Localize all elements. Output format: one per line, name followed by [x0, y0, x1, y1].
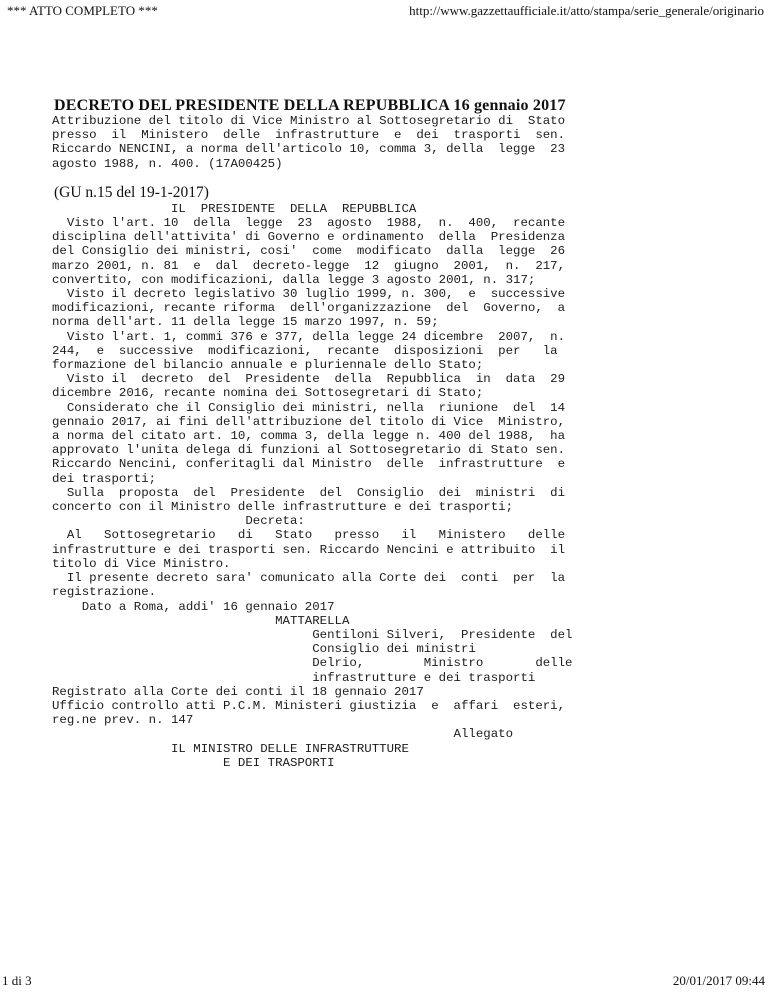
print-footer: 1 di 3 20/01/2017 09:44	[2, 973, 765, 988]
signature-president: MATTARELLA	[52, 614, 592, 628]
decree-preamble: Visto l'art. 10 della legge 23 agosto 19…	[52, 216, 592, 514]
page: { "header": { "left": "*** ATTO COMPLETO…	[0, 0, 768, 994]
decree-document: DECRETO DEL PRESIDENTE DELLA REPUBBLICA …	[52, 0, 592, 770]
gazzetta-reference: (GU n.15 del 19-1-2017)	[54, 184, 592, 202]
registration-note: Registrato alla Corte dei conti il 18 ge…	[52, 685, 592, 728]
signature-transport-minister: Delrio, Ministro delle infrastrutture e …	[52, 656, 592, 684]
decree-body: Al Sottosegretario di Stato presso il Mi…	[52, 528, 592, 613]
decree-title: DECRETO DEL PRESIDENTE DELLA REPUBBLICA …	[54, 97, 592, 114]
signature-prime-minister: Gentiloni Silveri, Presidente del Consig…	[52, 628, 592, 656]
page-number: 1 di 3	[2, 973, 32, 988]
decree-abstract: Attribuzione del titolo di Vice Ministro…	[52, 114, 592, 171]
decreta-heading: Decreta:	[52, 514, 592, 528]
minister-heading: IL MINISTRO DELLE INFRASTRUTTURE E DEI T…	[52, 742, 592, 770]
president-heading: IL PRESIDENTE DELLA REPUBBLICA	[52, 202, 592, 216]
allegato-label: Allegato	[52, 727, 592, 741]
print-timestamp: 20/01/2017 09:44	[673, 973, 765, 988]
